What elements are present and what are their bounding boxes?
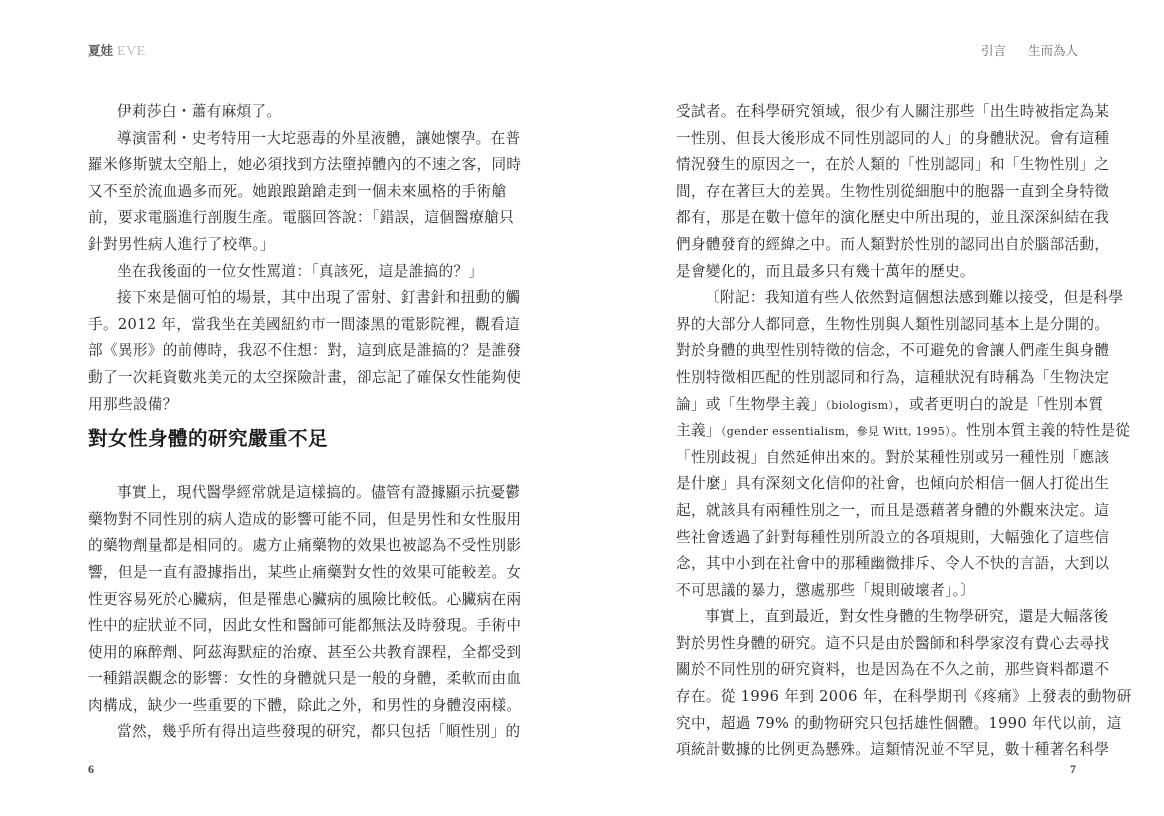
text-line: 對於男性身體的研究。這不只是由於醫師和科學家沒有費心去尋找	[676, 631, 1082, 658]
text-line: 響，但是一直有證據指出，某些止痛藥對女性的效果可能較差。女	[88, 560, 500, 587]
text-line: 性中的症狀並不同，因此女性和醫師可能都無法及時發現。手術中	[88, 613, 500, 640]
text-line: 關於不同性別的研究資料，也是因為在不久之前，那些資料都還不	[676, 657, 1082, 684]
text-line: 導演雷利・史考特用一大坨惡毒的外星液體，讓她懷孕。在普	[88, 126, 500, 153]
text-line: 用那些設備？	[88, 392, 500, 419]
text-line: 伊莉莎白・蕭有麻煩了。	[88, 99, 500, 126]
text-line: 些社會透過了針對每種性別所設立的各項規則，大幅強化了這些信	[676, 525, 1082, 552]
text-line: 存在。從 1996 年到 2006 年，在科學期刊《疼痛》上發表的動物研	[676, 684, 1082, 711]
text-line: 〔附記：我知道有些人依然對這個想法感到難以接受，但是科學	[676, 285, 1082, 312]
text-line: 手。2012 年，當我坐在美國紐約市一間漆黑的電影院裡，觀看這	[88, 312, 500, 339]
text-line: 性別特徵相匹配的性別認同和行為，這種狀況有時稱為「生物決定	[676, 365, 1082, 392]
body-text: 受試者。在科學研究領域，很少有人關注那些「出生時被指定為某一性別、但長大後形成不…	[676, 99, 1082, 764]
text-line: 一種錯誤觀念的影響：女性的身體就只是一般的身體，柔軟而由血	[88, 666, 500, 693]
text-fragment: 。性別本質主義的特性是從	[951, 422, 1130, 439]
page-number-left: 6	[88, 762, 94, 777]
text-line: 項統計數據的比例更為懸殊。這類情況並不罕見，數十種著名科學	[676, 737, 1082, 764]
text-line: 是什麼」具有深刻文化信仰的社會，也傾向於相信一個人打從出生	[676, 471, 1082, 498]
text-line: 論」或「生物學主義」（biologism），或者更明白的說是「性別本質	[676, 392, 1082, 419]
text-line: 事實上，直到最近，對女性身體的生物學研究，還是大幅落後	[676, 604, 1082, 631]
inline-citation: （gender essentialism，參見 Witt, 1995）	[721, 425, 951, 438]
text-line: 肉構成，缺少一些重要的下體，除此之外，和男性的身體沒兩樣。	[88, 693, 500, 720]
left-text-column: 伊莉莎白・蕭有麻煩了。導演雷利・史考特用一大坨惡毒的外星液體，讓她懷孕。在普羅米…	[88, 99, 500, 746]
chapter-label: 引言	[981, 43, 1006, 58]
text-line: 一性別、但長大後形成不同性別認同的人」的身體狀況。會有這種	[676, 126, 1082, 153]
text-line: 念，其中小到在社會中的那種幽微排斥、令人不快的言語，大到以	[676, 551, 1082, 578]
body-text-before-heading: 伊莉莎白・蕭有麻煩了。導演雷利・史考特用一大坨惡毒的外星液體，讓她懷孕。在普羅米…	[88, 99, 500, 418]
text-line: 又不至於流血過多而死。她踉踉蹌蹌走到一個未來風格的手術艙	[88, 179, 500, 206]
text-line: 起，就該具有兩種性別之一，而且是憑藉著身體的外觀來決定。這	[676, 498, 1082, 525]
text-line: 藥物對不同性別的病人造成的影響可能不同，但是男性和女性服用	[88, 507, 500, 534]
text-line: 都有，那是在數十億年的演化歷史中所出現的，並且深深糾結在我	[676, 205, 1082, 232]
right-page: 引言生而為人 受試者。在科學研究領域，很少有人關注那些「出生時被指定為某一性別、…	[582, 0, 1164, 816]
text-line: 羅米修斯號太空船上，她必須找到方法墮掉體內的不速之客，同時	[88, 152, 500, 179]
text-line: 動了一次耗資數兆美元的太空探險計畫，卻忘記了確保女性能夠使	[88, 365, 500, 392]
inline-citation: （biologism）	[825, 399, 894, 412]
text-line: 接下來是個可怕的場景，其中出現了雷射、釘書針和扭動的觸	[88, 285, 500, 312]
text-line: 究中，超過 79% 的動物研究只包括雄性個體。1990 年代以前，這	[676, 711, 1082, 738]
book-title-en: EVE	[117, 44, 146, 59]
text-line: 部《異形》的前傳時，我忍不住想：對，這到底是誰搞的？是誰發	[88, 338, 500, 365]
text-line: 前，要求電腦進行剖腹生產。電腦回答說：「錯誤，這個醫療艙只	[88, 205, 500, 232]
text-fragment: 主義」	[676, 422, 721, 439]
text-line: 針對男性病人進行了校準。」	[88, 232, 500, 259]
text-line: 性更容易死於心臟病，但是罹患心臟病的風險比較低。心臟病在兩	[88, 587, 500, 614]
text-line: 是會變化的，而且最多只有幾十萬年的歷史。	[676, 259, 1082, 286]
text-line: 坐在我後面的一位女性罵道：「真該死，這是誰搞的？」	[88, 259, 500, 286]
running-head-right: 引言生而為人	[981, 41, 1078, 59]
section-heading: 對女性身體的研究嚴重不足	[88, 424, 500, 454]
left-page: 夏娃EVE 伊莉莎白・蕭有麻煩了。導演雷利・史考特用一大坨惡毒的外星液體，讓她懷…	[0, 0, 582, 816]
text-line: 情況發生的原因之一，在於人類的「性別認同」和「生物性別」之	[676, 152, 1082, 179]
text-line: 們身體發育的經緯之中。而人類對於性別的認同出自於腦部活動，	[676, 232, 1082, 259]
text-line: 界的大部分人都同意，生物性別與人類性別認同基本上是分開的。	[676, 312, 1082, 339]
chapter-title: 生而為人	[1028, 43, 1078, 58]
text-line: 對於身體的典型性別特徵的信念，不可避免的會讓人們產生與身體	[676, 338, 1082, 365]
text-line: 事實上，現代醫學經常就是這樣搞的。儘管有證據顯示抗憂鬱	[88, 480, 500, 507]
right-text-column: 受試者。在科學研究領域，很少有人關注那些「出生時被指定為某一性別、但長大後形成不…	[676, 99, 1082, 764]
book-title: 夏娃	[88, 43, 113, 58]
body-text-after-heading: 事實上，現代醫學經常就是這樣搞的。儘管有證據顯示抗憂鬱藥物對不同性別的病人造成的…	[88, 480, 500, 746]
text-line: 不可思議的暴力，懲處那些「規則破壞者」。〕	[676, 578, 1082, 605]
text-fragment: 論」或「生物學主義」	[676, 396, 825, 413]
text-line: 當然，幾乎所有得出這些發現的研究，都只包括「順性別」的	[88, 719, 500, 746]
page-number-right: 7	[1070, 762, 1076, 777]
text-line: 受試者。在科學研究領域，很少有人關注那些「出生時被指定為某	[676, 99, 1082, 126]
running-head-left: 夏娃EVE	[88, 41, 146, 60]
text-line: 的藥物劑量都是相同的。處方止痛藥物的效果也被認為不受性別影	[88, 533, 500, 560]
text-line: 「性別歧視」自然延伸出來的。對於某種性別或另一種性別「應該	[676, 445, 1082, 472]
text-line: 主義」（gender essentialism，參見 Witt, 1995）。性…	[676, 418, 1082, 445]
text-line: 使用的麻醉劑、阿茲海默症的治療、甚至公共教育課程，全都受到	[88, 640, 500, 667]
text-line: 間，存在著巨大的差異。生物性別從細胞中的胞器一直到全身特徵	[676, 179, 1082, 206]
text-fragment: ，或者更明白的說是「性別本質	[894, 396, 1103, 413]
